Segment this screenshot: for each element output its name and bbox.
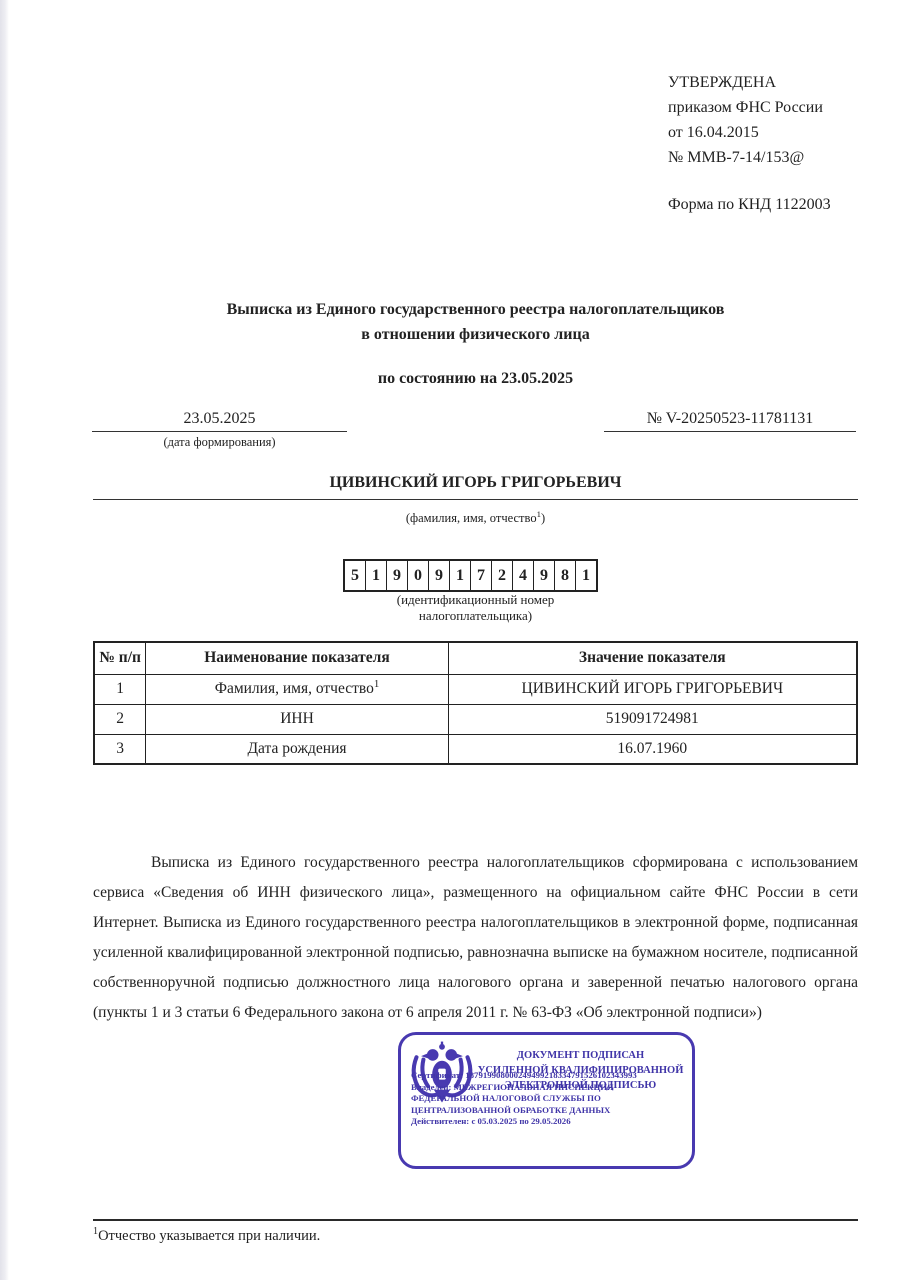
formation-date-block: 23.05.2025 (дата формирования) bbox=[92, 410, 347, 450]
inn-digit: 4 bbox=[512, 560, 534, 591]
person-name-caption: (фамилия, имя, отчество1) bbox=[93, 511, 858, 526]
row-name: Фамилия, имя, отчество1 bbox=[146, 674, 448, 704]
table-row: 3 Дата рождения 16.07.1960 bbox=[94, 734, 857, 764]
electronic-signature-stamp: ДОКУМЕНТ ПОДПИСАН УСИЛЕННОЙ КВАЛИФИЦИРОВ… bbox=[398, 1032, 695, 1169]
footnote-separator bbox=[93, 1219, 858, 1221]
owner-label: Владелец: bbox=[411, 1082, 451, 1092]
footnote-ref: 1 bbox=[374, 678, 379, 690]
approval-line: приказом ФНС России bbox=[668, 95, 831, 120]
inn-digit-boxes: 5 1 9 0 9 1 7 2 4 9 8 1 bbox=[343, 559, 598, 592]
body-paragraph: Выписка из Единого государственного реес… bbox=[93, 848, 858, 1028]
row-name-text: Фамилия, имя, отчество bbox=[215, 680, 374, 697]
photo-edge bbox=[0, 0, 9, 1280]
row-name: Дата рождения bbox=[146, 734, 448, 764]
inn-caption-line-2: налогоплательщика) bbox=[243, 608, 708, 624]
table-row: 2 ИНН 519091724981 bbox=[94, 704, 857, 734]
inn-digit: 2 bbox=[491, 560, 513, 591]
formation-date: 23.05.2025 bbox=[92, 410, 347, 432]
inn-digit: 0 bbox=[407, 560, 429, 591]
stamp-title-line-1: ДОКУМЕНТ ПОДПИСАН bbox=[477, 1048, 684, 1063]
approval-line: № ММВ-7-14/153@ bbox=[668, 145, 831, 170]
row-name: ИНН bbox=[146, 704, 448, 734]
approval-line: УТВЕРЖДЕНА bbox=[668, 70, 831, 95]
title-line-2: в отношении физического лица bbox=[93, 322, 858, 347]
footnote: 1Отчество указывается при наличии. bbox=[93, 1228, 858, 1245]
column-header-name: Наименование показателя bbox=[146, 642, 448, 674]
form-knd-line: Форма по КНД 1122003 bbox=[668, 192, 831, 217]
column-header-value: Значение показателя bbox=[448, 642, 857, 674]
row-value: 16.07.1960 bbox=[448, 734, 857, 764]
row-value: ЦИВИНСКИЙ ИГОРЬ ГРИГОРЬЕВИЧ bbox=[448, 674, 857, 704]
inn-caption-line-1: (идентификационный номер bbox=[243, 592, 708, 608]
stamp-validity: Действителен: с 05.03.2025 по 29.05.2026 bbox=[411, 1116, 682, 1128]
inn-digit: 1 bbox=[575, 560, 597, 591]
document-number-block: № V-20250523-11781131 bbox=[604, 410, 856, 432]
document-title: Выписка из Единого государственного реес… bbox=[93, 297, 858, 347]
title-line-1: Выписка из Единого государственного реес… bbox=[93, 297, 858, 322]
validity-value: с 05.03.2025 по 29.05.2026 bbox=[471, 1116, 570, 1126]
row-num: 2 bbox=[94, 704, 146, 734]
certificate-label: Сертификат: bbox=[411, 1070, 463, 1080]
column-header-num: № п/п bbox=[94, 642, 146, 674]
indicators-table: № п/п Наименование показателя Значение п… bbox=[93, 641, 858, 765]
inn-digit: 1 bbox=[449, 560, 471, 591]
approval-block: УТВЕРЖДЕНА приказом ФНС России от 16.04.… bbox=[668, 70, 831, 217]
inn-digit: 1 bbox=[365, 560, 387, 591]
table-header-row: № п/п Наименование показателя Значение п… bbox=[94, 642, 857, 674]
footnote-text: Отчество указывается при наличии. bbox=[98, 1228, 320, 1244]
person-full-name: ЦИВИНСКИЙ ИГОРЬ ГРИГОРЬЕВИЧ bbox=[93, 474, 858, 500]
document-page: УТВЕРЖДЕНА приказом ФНС России от 16.04.… bbox=[0, 0, 918, 1280]
inn-digit: 8 bbox=[554, 560, 576, 591]
title-as-of-date: по состоянию на 23.05.2025 bbox=[93, 370, 858, 388]
certificate-value: 187919908000249499218334791526102343993 bbox=[465, 1070, 637, 1080]
inn-caption: (идентификационный номер налогоплательщи… bbox=[243, 592, 708, 624]
inn-digit: 9 bbox=[533, 560, 555, 591]
formation-date-caption: (дата формирования) bbox=[92, 432, 347, 450]
caption-text: ) bbox=[541, 511, 545, 525]
validity-label: Действителен: bbox=[411, 1116, 469, 1126]
row-num: 3 bbox=[94, 734, 146, 764]
inn-digit: 5 bbox=[344, 560, 366, 591]
inn-digit: 9 bbox=[428, 560, 450, 591]
caption-text: (фамилия, имя, отчество bbox=[406, 511, 537, 525]
row-num: 1 bbox=[94, 674, 146, 704]
row-value: 519091724981 bbox=[448, 704, 857, 734]
inn-digit: 9 bbox=[386, 560, 408, 591]
document-number: № V-20250523-11781131 bbox=[604, 410, 856, 432]
inn-digit: 7 bbox=[470, 560, 492, 591]
approval-line: от 16.04.2015 bbox=[668, 120, 831, 145]
table-row: 1 Фамилия, имя, отчество1 ЦИВИНСКИЙ ИГОР… bbox=[94, 674, 857, 704]
